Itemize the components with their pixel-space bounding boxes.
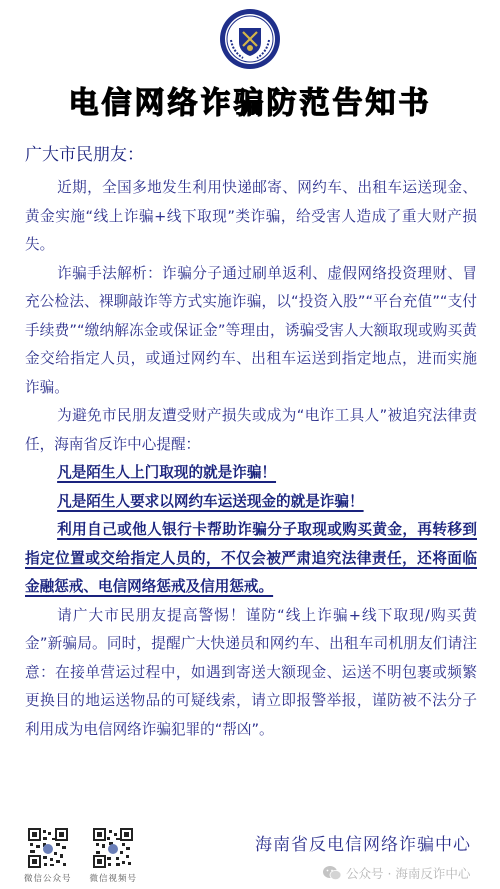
footer: 微信公众号 微信视频号 海南省反电信网络诈骗中心 公众号 · 海南反诈中心 [0, 820, 500, 889]
qr-official-account[interactable]: 微信公众号 [24, 828, 72, 884]
watermark: 公众号 · 海南反诈中心 [322, 864, 470, 882]
watermark-text: 公众号 · 海南反诈中心 [346, 864, 470, 882]
warning-door-cash: 凡是陌生人上门取现的就是诈骗！ [25, 459, 477, 488]
police-emblem-icon [219, 8, 281, 70]
wechat-icon [322, 865, 342, 881]
qr-code-icon [93, 828, 133, 868]
paragraph-reminder-intro: 为避免市民朋友遭受财产损失或成为“电诈工具人”被追究法律责任，海南省反诈中心提醒… [25, 402, 477, 459]
logo-container [0, 8, 500, 70]
greeting: 广大市民朋友： [25, 140, 144, 165]
qr-code-icon [28, 828, 68, 868]
warning-legal-consequences: 利用自己或他人银行卡帮助诈骗分子取现或购买黄金，再转移到指定位置或交给指定人员的… [25, 516, 477, 602]
paragraph-background: 近期，全国多地发生利用快递邮寄、网约车、出租车运送现金、黄金实施“线上诈骗+线下… [25, 174, 477, 260]
page-title: 电信网络诈骗防范告知书 [0, 78, 500, 122]
notice-body: 近期，全国多地发生利用快递邮寄、网约车、出租车运送现金、黄金实施“线上诈骗+线下… [25, 174, 477, 744]
qr-label: 微信公众号 [24, 872, 72, 884]
qr-label: 微信视频号 [90, 872, 138, 884]
qr-codes: 微信公众号 微信视频号 [24, 828, 137, 884]
qr-video-account[interactable]: 微信视频号 [90, 828, 138, 884]
warning-ride-hailing-cash: 凡是陌生人要求以网约车运送现金的就是诈骗！ [25, 488, 477, 517]
organization-name: 海南省反电信网络诈骗中心 [255, 830, 471, 855]
paragraph-closing: 请广大市民朋友提高警惕！谨防“线上诈骗+线下取现/购买黄金”新骗局。同时，提醒广… [25, 602, 477, 745]
paragraph-method-analysis: 诈骗手法解析：诈骗分子通过刷单返利、虚假网络投资理财、冒充公检法、裸聊敲诈等方式… [25, 260, 477, 403]
